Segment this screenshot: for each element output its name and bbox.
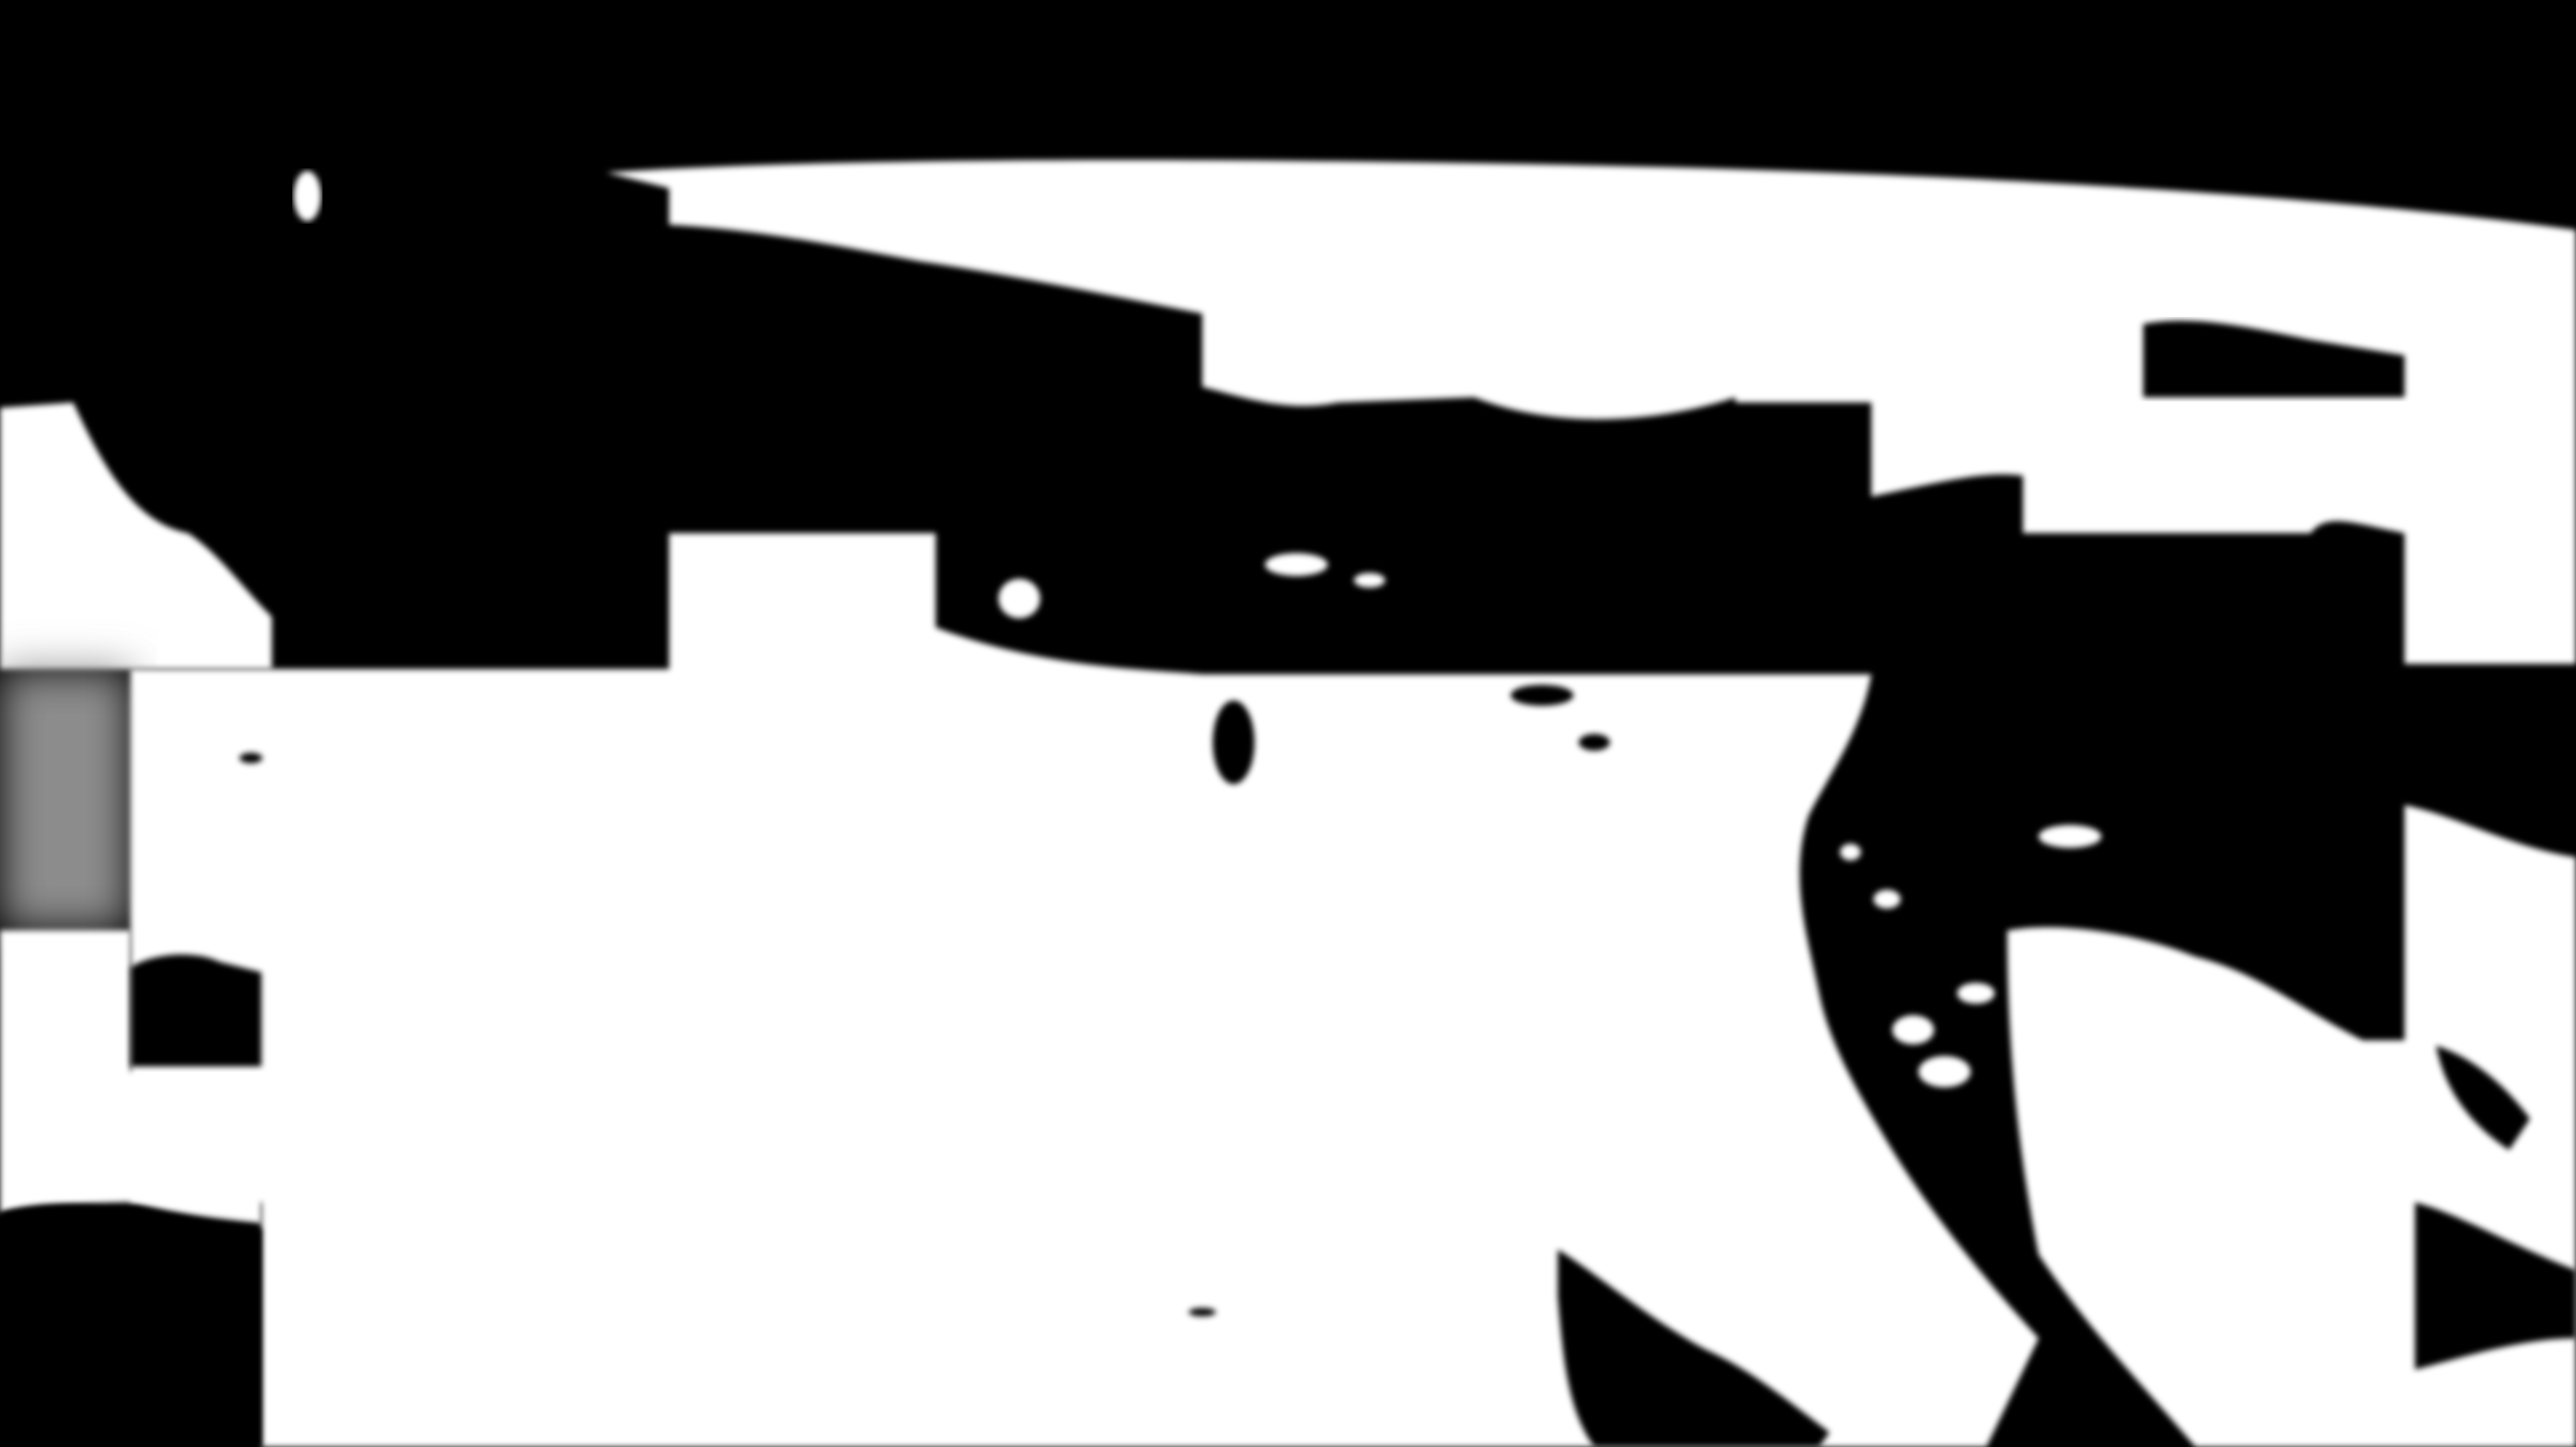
dark-ocean-gaps xyxy=(131,955,261,1066)
bright-spot xyxy=(294,171,321,221)
earth-orbital-photo: Orbital view of Earth with dense cloud c… xyxy=(0,0,2576,1447)
haze-left xyxy=(0,669,131,931)
photo-canvas xyxy=(0,0,2576,1447)
dark-ocean-gaps xyxy=(0,1204,261,1447)
